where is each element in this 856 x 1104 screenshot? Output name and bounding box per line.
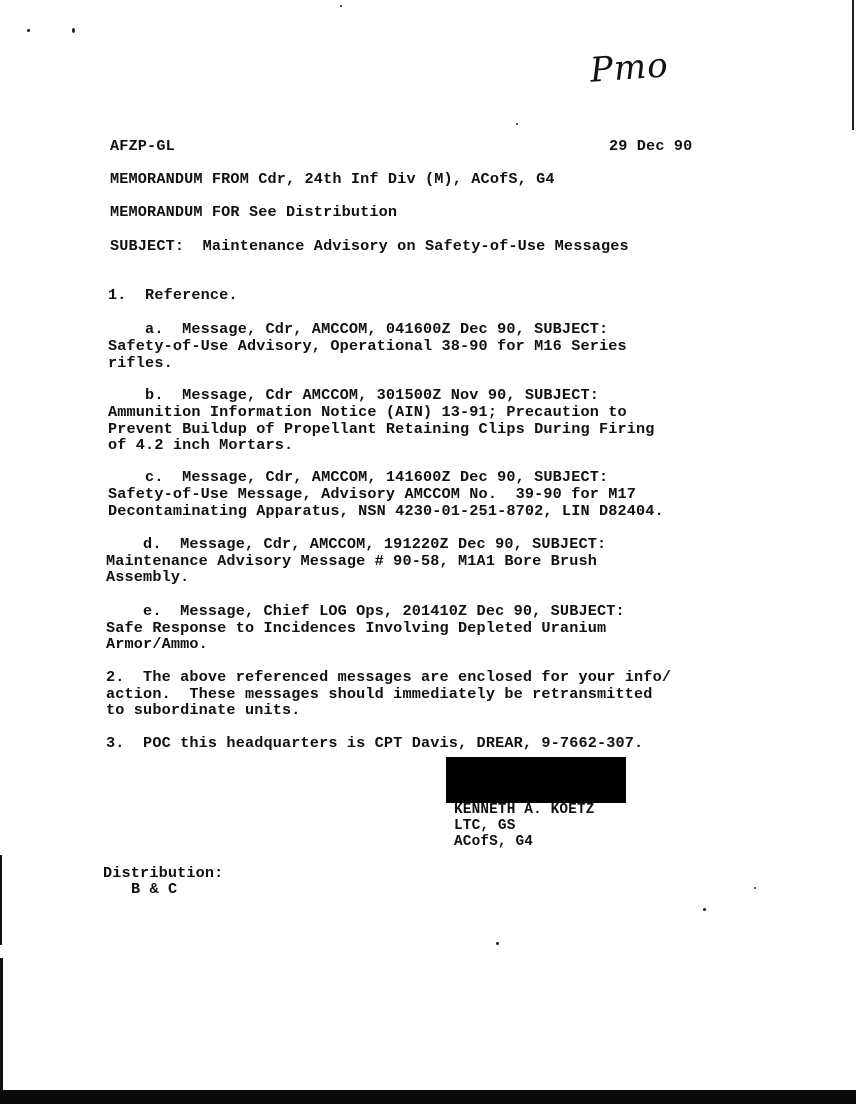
office-symbol: AFZP-GL <box>110 138 175 155</box>
scan-speck <box>703 908 706 911</box>
handwritten-annotation: Pmo <box>589 45 670 90</box>
paragraph-3: 3. POC this headquarters is CPT Davis, D… <box>106 735 643 752</box>
reference-line: rifles. <box>108 355 173 372</box>
reference-line: a. Message, Cdr, AMCCOM, 041600Z Dec 90,… <box>108 321 608 338</box>
scan-speck <box>27 29 30 32</box>
memo-for: MEMORANDUM FOR See Distribution <box>110 204 397 221</box>
distribution-value: B & C <box>131 881 177 898</box>
reference-line: Safety-of-Use Message, Advisory AMCCOM N… <box>108 486 636 503</box>
reference-line: c. Message, Cdr, AMCCOM, 141600Z Dec 90,… <box>108 469 608 486</box>
para1-heading: 1. Reference. <box>108 287 238 304</box>
signer-rank: LTC, GS <box>454 818 516 835</box>
scan-edge-bottom <box>0 1090 856 1104</box>
memo-date: 29 Dec 90 <box>609 138 692 155</box>
memo-from: MEMORANDUM FROM Cdr, 24th Inf Div (M), A… <box>110 171 555 188</box>
scan-speck <box>72 28 75 33</box>
scan-speck <box>516 123 518 125</box>
signer-name: KENNETH A. KOETZ <box>454 802 595 819</box>
reference-line: e. Message, Chief LOG Ops, 201410Z Dec 9… <box>106 603 625 620</box>
signer-title: ACofS, G4 <box>454 834 533 851</box>
scan-edge-left <box>0 855 2 945</box>
reference-line: Decontaminating Apparatus, NSN 4230-01-2… <box>108 503 664 520</box>
scan-speck <box>496 942 499 945</box>
paragraph-line: 2. The above referenced messages are enc… <box>106 669 671 686</box>
memorandum-page: Pmo AFZP-GL 29 Dec 90 MEMORANDUM FROM Cd… <box>0 0 856 1104</box>
scan-speck <box>754 887 756 889</box>
scan-edge-right <box>852 0 854 130</box>
reference-line: Assembly. <box>106 569 189 586</box>
redacted-signature <box>446 757 626 803</box>
reference-line: Armor/Ammo. <box>106 636 208 653</box>
scan-speck <box>340 5 342 7</box>
memo-subject: SUBJECT: Maintenance Advisory on Safety-… <box>110 238 629 255</box>
reference-line: of 4.2 inch Mortars. <box>108 437 293 454</box>
reference-line: b. Message, Cdr AMCCOM, 301500Z Nov 90, … <box>108 387 599 404</box>
reference-line: d. Message, Cdr, AMCCOM, 191220Z Dec 90,… <box>106 536 606 553</box>
paragraph-line: to subordinate units. <box>106 702 301 719</box>
reference-line: Ammunition Information Notice (AIN) 13-9… <box>108 404 627 421</box>
reference-line: Safety-of-Use Advisory, Operational 38-9… <box>108 338 627 355</box>
scan-edge-left <box>0 958 3 1093</box>
